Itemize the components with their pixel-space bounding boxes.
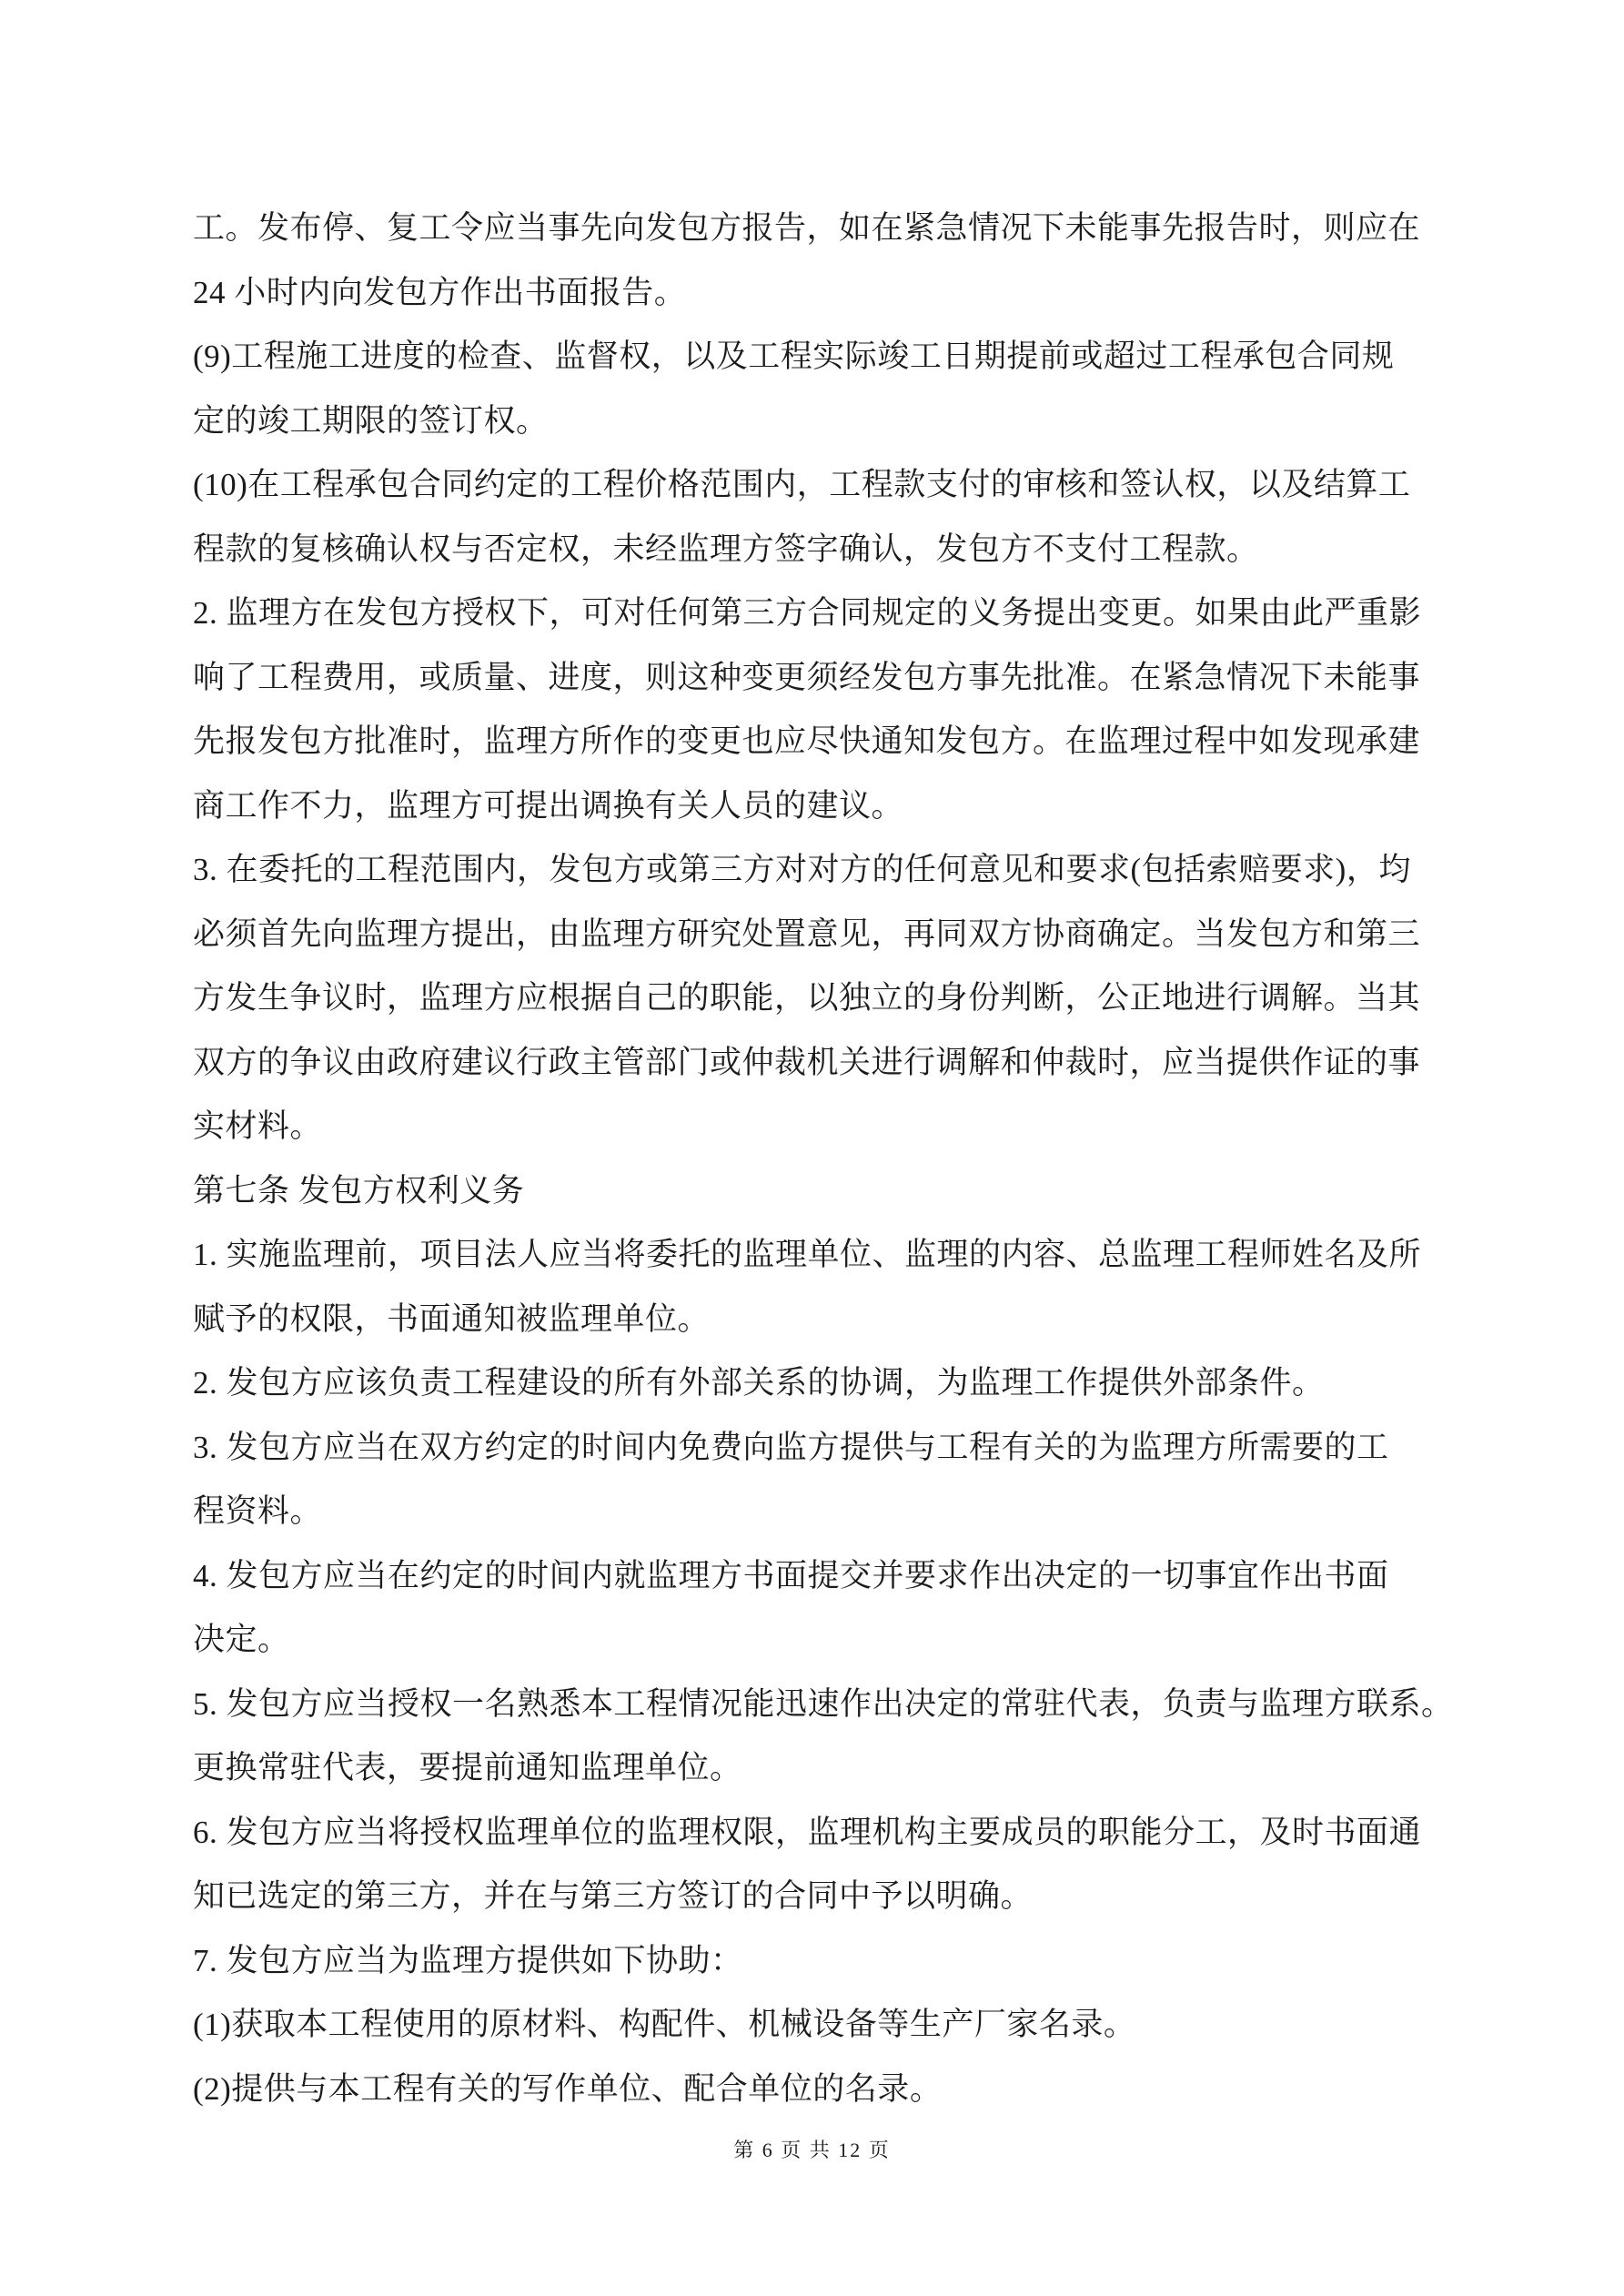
text-line: 工。发布停、复工令应当事先向发包方报告，如在紧急情况下未能事先报告时，则应在 <box>193 197 1515 261</box>
text-line: 24 小时内向发包方作出书面报告。 <box>193 261 1515 326</box>
text-line: 2. 发包方应该负责工程建设的所有外部关系的协调，为监理工作提供外部条件。 <box>193 1351 1515 1416</box>
text-line: 赋予的权限，书面通知被监理单位。 <box>193 1288 1515 1352</box>
text-line: 6. 发包方应当将授权监理单位的监理权限，监理机构主要成员的职能分工，及时书面通 <box>193 1801 1515 1866</box>
text-line: 定的竣工期限的签订权。 <box>193 389 1515 454</box>
text-line: 商工作不力，监理方可提出调换有关人员的建议。 <box>193 774 1515 839</box>
text-line: (2)提供与本工程有关的写作单位、配合单位的名录。 <box>193 2058 1515 2122</box>
text-line: 必须首先向监理方提出，由监理方研究处置意见，再同双方协商确定。当发包方和第三 <box>193 903 1515 967</box>
text-line: 3. 发包方应当在双方约定的时间内免费向监方提供与工程有关的为监理方所需要的工 <box>193 1416 1515 1481</box>
text-line: 程款的复核确认权与否定权，未经监理方签字确认，发包方不支付工程款。 <box>193 518 1515 582</box>
text-line: 实材料。 <box>193 1095 1515 1159</box>
document-page: 工。发布停、复工令应当事先向发包方报告，如在紧急情况下未能事先报告时，则应在 2… <box>0 0 1624 2296</box>
text-line: 知已选定的第三方，并在与第三方签订的合同中予以明确。 <box>193 1865 1515 1929</box>
text-line: (1)获取本工程使用的原材料、构配件、机械设备等生产厂家名录。 <box>193 1993 1515 2058</box>
text-line: 先报发包方批准时，监理方所作的变更也应尽快通知发包方。在监理过程中如发现承建 <box>193 710 1515 774</box>
text-line: 5. 发包方应当授权一名熟悉本工程情况能迅速作出决定的常驻代表，负责与监理方联系… <box>193 1673 1515 1737</box>
document-body: 工。发布停、复工令应当事先向发包方报告，如在紧急情况下未能事先报告时，则应在 2… <box>193 197 1515 2121</box>
text-line: 更换常驻代表，要提前通知监理单位。 <box>193 1736 1515 1801</box>
text-line: 2. 监理方在发包方授权下，可对任何第三方合同规定的义务提出变更。如果由此严重影 <box>193 582 1515 646</box>
text-line: 7. 发包方应当为监理方提供如下协助： <box>193 1929 1515 1994</box>
text-line: 方发生争议时，监理方应根据自己的职能，以独立的身份判断，公正地进行调解。当其 <box>193 966 1515 1031</box>
text-line: (10)在工程承包合同约定的工程价格范围内，工程款支付的审核和签认权，以及结算工 <box>193 453 1515 518</box>
page-footer: 第 6 页 共 12 页 <box>0 2135 1624 2163</box>
text-line: 双方的争议由政府建议行政主管部门或仲裁机关进行调解和仲裁时，应当提供作证的事 <box>193 1031 1515 1096</box>
text-line: 4. 发包方应当在约定的时间内就监理方书面提交并要求作出决定的一切事宜作出书面 <box>193 1544 1515 1609</box>
text-line: 3. 在委托的工程范围内，发包方或第三方对对方的任何意见和要求(包括索赔要求)，… <box>193 838 1515 903</box>
text-line: 程资料。 <box>193 1480 1515 1544</box>
text-line: 决定。 <box>193 1608 1515 1673</box>
text-line: 1. 实施监理前，项目法人应当将委托的监理单位、监理的内容、总监理工程师姓名及所 <box>193 1223 1515 1288</box>
text-line: (9)工程施工进度的检查、监督权，以及工程实际竣工日期提前或超过工程承包合同规 <box>193 325 1515 389</box>
text-line: 响了工程费用，或质量、进度，则这种变更须经发包方事先批准。在紧急情况下未能事 <box>193 646 1515 711</box>
section-heading-clause-7: 第七条 发包方权利义务 <box>193 1159 1515 1224</box>
